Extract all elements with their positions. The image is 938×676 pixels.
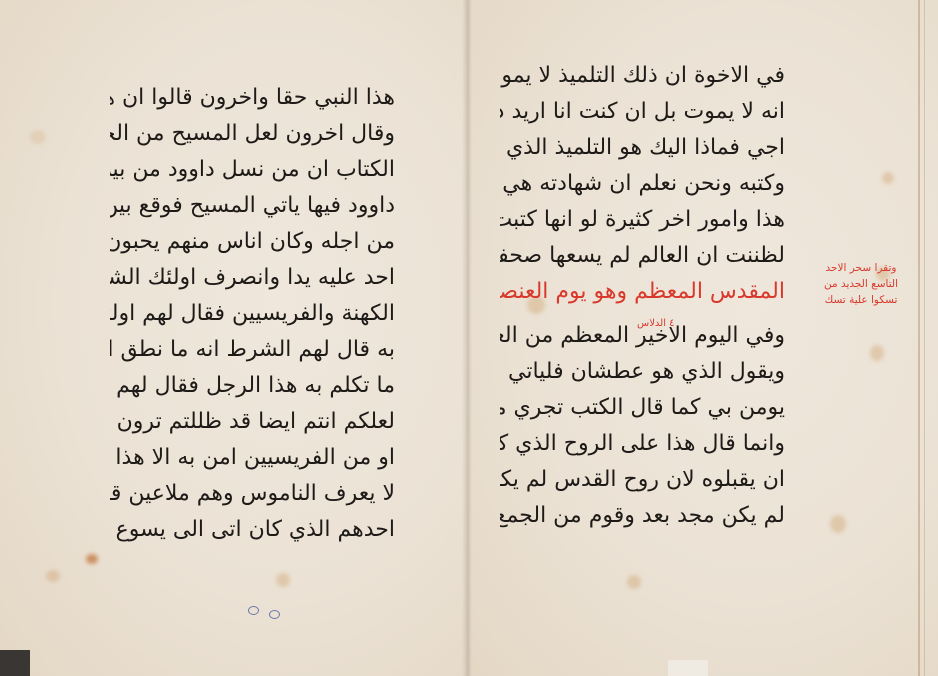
text-line: احد عليه يدا وانصرف اولئك الشرط الى عظما… [110,260,395,296]
margin-note-line: التاسع الجديد من [808,276,914,292]
text-line: الكتاب ان من نسل داوود من بيت لحم القرية… [110,152,395,188]
text-line: ويقول الذي هو عطشان فلياتي الي ويشرب كل … [500,354,785,390]
text-line: يومن بي كما قال الكتب تجري من بطنه انهار… [500,390,785,426]
text-segment: لظننت ان العالم لم يسعها صحفا مكتوبة [500,243,785,268]
foxing-stain [870,345,884,361]
text-line: ان يقبلوه لان روح القدس لم يكن اتى لان ي… [500,462,785,498]
left-page-text: هذا النبي حقا واخرون قالوا ان هذا هو الم… [110,80,395,548]
foxing-stain [830,515,846,533]
foxing-stain [627,575,641,589]
text-line: به قال لهم الشرط انه ما نطق احد قط كمثل [110,332,395,368]
text-line: وكتبه ونحن نعلم ان شهادته هي حق وفعل يسو… [500,166,785,202]
text-line: وانما قال هذا على الروح الذي كان المومنو… [500,426,785,462]
margin-note-line: تسكوا علية تسك [808,292,914,308]
text-line: لم يكن مجد بعد وقوم من الجمع لما سمعوا ك… [500,498,785,534]
rubric-line: المقدس المعظم وهو يوم العنصرة من بشارة ي… [500,274,785,310]
page-edge-inner [924,0,925,676]
text-line: وقال اخرون لعل المسيح من الجليل ياتي الم… [110,116,395,152]
text-line: لعلكم انتم ايضا قد ظللتم ترون احدا من ال… [110,404,395,440]
foxing-stain [30,130,46,144]
background-corner [0,650,30,676]
foxing-stain [46,570,60,582]
paper-tab [668,660,708,676]
foxing-stain [276,573,290,587]
text-line: احدهم الذي كان اتى الى يسوع ليلا اهل [110,512,395,548]
text-line: انه لا يموت بل ان كنت انا اريد دوامه هذا… [500,94,785,130]
book-gutter [462,0,472,676]
text-line: لا يعرف الناموس وهم ملاعين قال لهم نيقود… [110,476,395,512]
text-line: من اجله وكان اناس منهم يحبون اخذه ولكنه … [110,224,395,260]
pencil-marks [248,600,290,619]
text-line: هذا النبي حقا واخرون قالوا ان هذا هو الم… [110,80,395,116]
text-line: او من الفريسيين امن به الا هذا الشعب الذ… [110,440,395,476]
text-line: في الاخوة ان ذلك التلميذ لا يموت ويسوع ل… [500,58,785,94]
margin-rubric-note: وتقرا سحر الاحد التاسع الجديد من تسكوا ع… [808,260,914,308]
text-line: هذا وامور اخر كثيرة لو انها كتبت واحدة [500,202,785,238]
pencil-circle-icon [248,606,259,615]
right-page-text: في الاخوة ان ذلك التلميذ لا يموت ويسوع ل… [500,58,785,534]
text-line: الكهنة والفريسيين فقال لهم اولئك لماذا ل… [110,296,395,332]
text-line: اجي فماذا اليك هو التلميذ الذي شهد بهذا [500,130,785,166]
manuscript-spread: هذا النبي حقا واخرون قالوا ان هذا هو الم… [0,0,938,676]
page-edge [918,0,920,676]
pencil-circle-icon [269,610,280,619]
ink-stain [86,554,98,564]
text-line-mixed: لظننت ان العالم لم يسعها صحفا مكتوبة يوم… [500,238,785,274]
margin-note-line: وتقرا سحر الاحد [808,260,914,276]
interlinear-rubric-note: ٤ الدلاس [637,318,675,329]
text-line: داوود فيها ياتي المسيح فوقع بين الجموع خ… [110,188,395,224]
text-line: ما تكلم به هذا الرجل فقال لهم الفريسيون [110,368,395,404]
foxing-stain [882,172,894,184]
